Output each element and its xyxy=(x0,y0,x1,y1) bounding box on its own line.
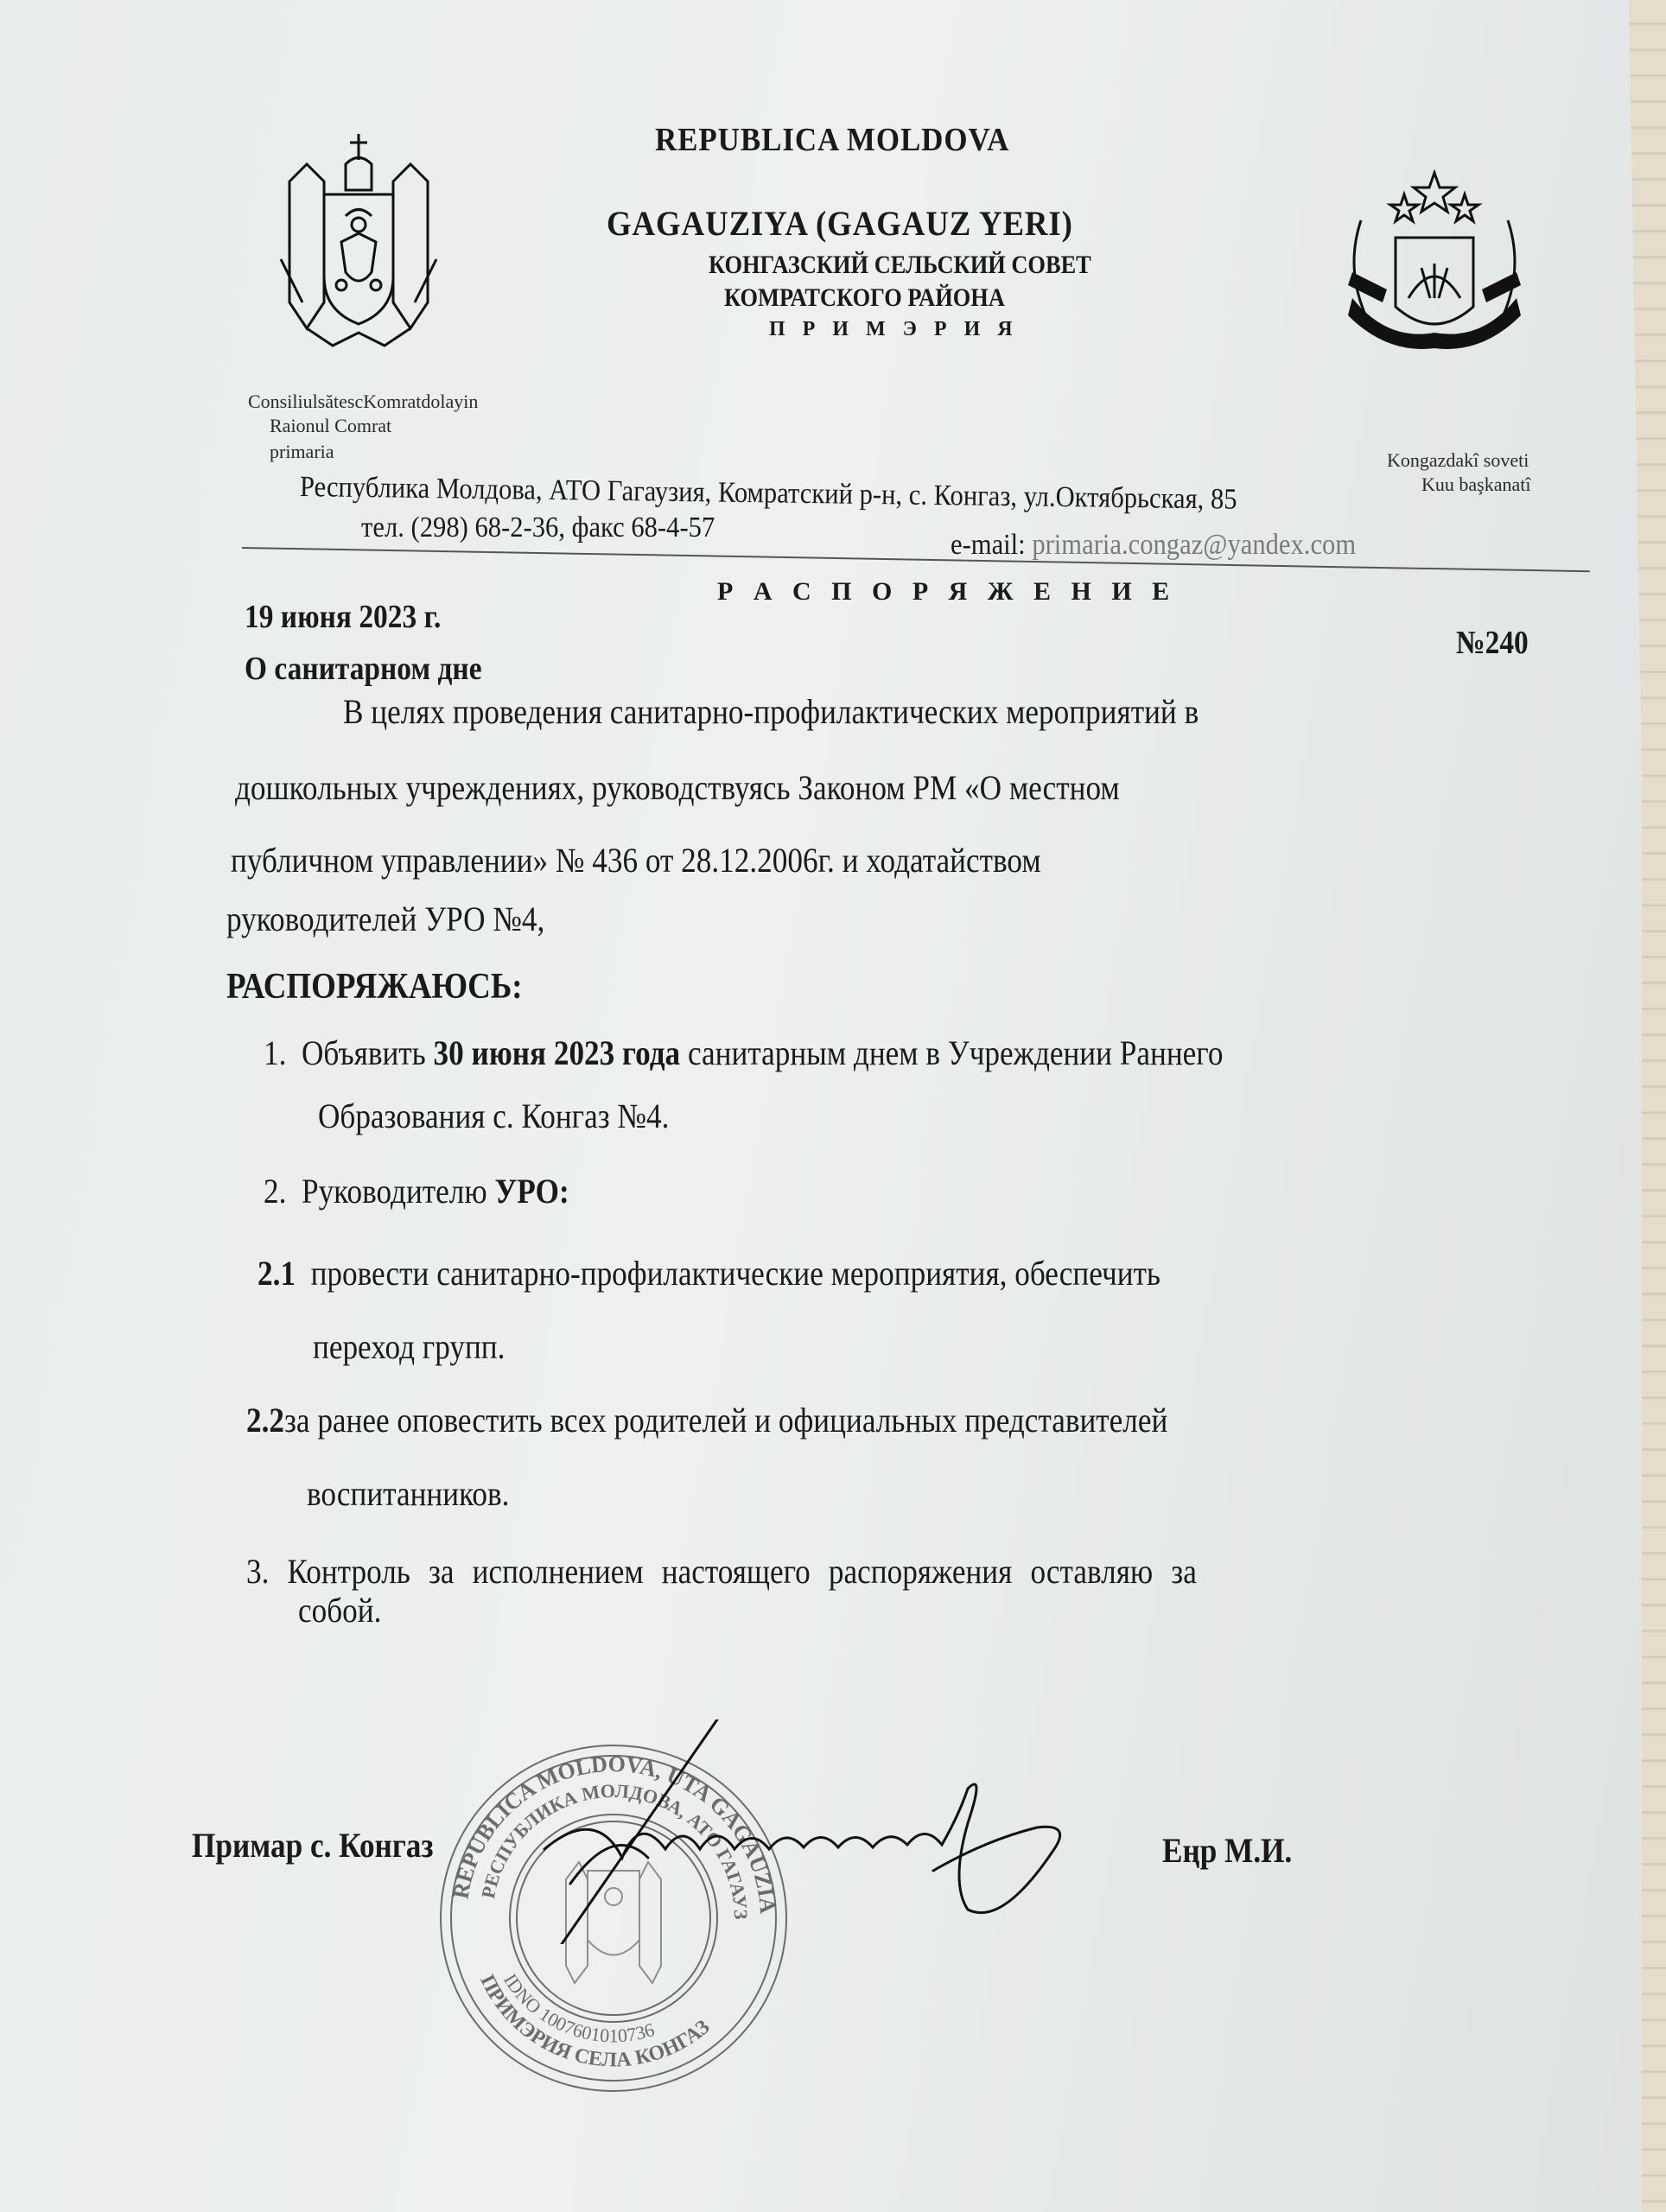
item-2-2-number: 2.2 xyxy=(246,1401,284,1440)
item-2-number: 2. xyxy=(264,1172,286,1211)
preamble-line-1: В целях проведения санитарно-профилактич… xyxy=(343,691,1199,732)
signatory-name: Еңр М.И. xyxy=(1162,1830,1292,1871)
romanian-label-line2: Raionul Comrat xyxy=(270,415,391,437)
document-subject: О санитарном дне xyxy=(245,650,482,688)
gagauzia-coat-of-arms-icon xyxy=(1335,168,1534,359)
preamble-line-4: руководителей УРО №4, xyxy=(226,899,544,939)
header-divider xyxy=(242,547,1590,572)
header-council-line2: КОМРАТСКОГО РАЙОНА xyxy=(724,283,1005,313)
gagauz-label-line2: Kuu başkanatî xyxy=(1421,474,1530,496)
address-line: Республика Молдова, АТО Гагаузия, Комрат… xyxy=(300,471,1237,517)
item-1-cont: Образования с. Конгаз №4. xyxy=(318,1096,669,1136)
item-1-number: 1. xyxy=(264,1033,286,1072)
signatory-position: Примар с. Конгаз xyxy=(192,1825,434,1866)
email-address[interactable]: primaria.congaz@yandex.com xyxy=(1032,529,1356,561)
preamble-line-2: дошкольных учреждениях, руководствуясь З… xyxy=(235,767,1120,808)
item-3: 3. Контроль за исполнением настоящего ра… xyxy=(246,1551,1197,1592)
item-2-2-cont: воспитанников. xyxy=(307,1473,509,1514)
document-page: REPUBLICA MOLDOVA GAGAUZIYA (GAGAUZ YERI… xyxy=(0,0,1642,2212)
order-word: РАСПОРЯЖАЮСЬ: xyxy=(226,966,523,1007)
item-2-1: 2.1 провести санитарно-профилактические … xyxy=(258,1253,1160,1294)
document-date: 19 июня 2023 г. xyxy=(245,598,441,636)
gagauz-label-line1: Kongazdakî soveti xyxy=(1387,449,1529,472)
header-country: REPUBLICA MOLDOVA xyxy=(655,121,1009,159)
email-line: e-mail: primaria.congaz@yandex.com xyxy=(951,529,1356,562)
header-region: GAGAUZIYA (GAGAUZ YERI) xyxy=(607,203,1073,244)
item-3-number: 3. xyxy=(246,1552,269,1591)
item-2: 2. Руководителю УРО: xyxy=(264,1171,569,1211)
header-council-line1: КОНГАЗСКИЙ СЕЛЬСКИЙ СОВЕТ xyxy=(709,251,1091,280)
item-2-1-cont: переход групп. xyxy=(313,1326,505,1367)
email-label: e-mail: xyxy=(951,529,1026,561)
handwritten-signature xyxy=(518,1719,1123,1944)
item-1: 1. Объявить 30 июня 2023 года санитарным… xyxy=(264,1033,1223,1073)
romanian-label-line3: primaria xyxy=(270,441,334,463)
preamble-line-3: публичном управлении» № 436 от 28.12.200… xyxy=(231,840,1041,880)
document-type-title: Р А С П О Р Я Ж Е Н И Е xyxy=(717,577,1176,607)
item-2-2: 2.2за ранее оповестить всех родителей и … xyxy=(246,1400,1167,1440)
document-number: №240 xyxy=(1456,624,1529,662)
item-1-date: 30 июня 2023 года xyxy=(434,1033,681,1072)
header-institution: П Р И М Э Р И Я xyxy=(769,318,1019,341)
moldova-coat-of-arms-icon xyxy=(272,130,445,354)
phone-fax-line: тел. (298) 68-2-36, факс 68-4-57 xyxy=(361,512,715,544)
romanian-label-line1: ConsiliulsătescKomratdolayin xyxy=(248,391,478,413)
item-2-1-number: 2.1 xyxy=(258,1254,296,1293)
item-3-cont: собой. xyxy=(298,1590,381,1630)
